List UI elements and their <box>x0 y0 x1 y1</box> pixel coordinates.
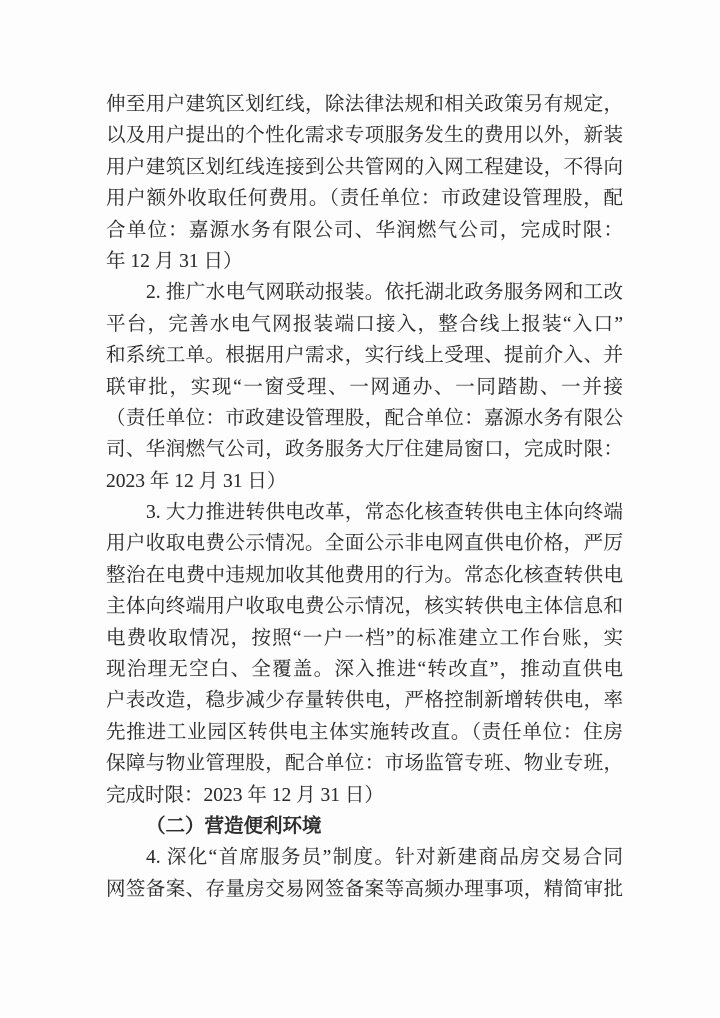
document-line: 联审批，实现“一窗受理、一网通办、一同踏勘、一并接入”。 <box>106 372 623 403</box>
document-page: 伸至用户建筑区划红线，除法律法规和相关政策另有规定，以及用户提出的个性化需求专项… <box>0 0 720 1018</box>
section-heading-line: （二）营造便利环境 <box>106 811 623 842</box>
document-line: 电费收取情况，按照“一户一档”的标准建立工作台账，实 <box>106 623 623 654</box>
document-line: 年 12 月 31 日） <box>106 246 623 277</box>
document-line: 用户额外收取任何费用。（责任单位：市政建设管理股，配 <box>106 183 623 214</box>
document-line: 现治理无空白、全覆盖。深入推进“转改直”，推动直供电 <box>106 654 623 685</box>
document-line: 以及用户提出的个性化需求专项服务发生的费用以外，新装 <box>106 120 623 151</box>
document-line: 先推进工业园区转供电主体实施转改直。（责任单位：住房 <box>106 717 623 748</box>
document-line: （责任单位：市政建设管理股，配合单位：嘉源水务有限公 <box>106 403 623 434</box>
text-block: 伸至用户建筑区划红线，除法律法规和相关政策另有规定，以及用户提出的个性化需求专项… <box>106 89 623 905</box>
document-line: 2. 推广水电气网联动报装。依托湖北政务服务网和工改 <box>106 277 623 308</box>
document-line: 网签备案、存量房交易网签备案等高频办理事项，精简审批 <box>106 874 623 905</box>
document-line: 4. 深化“首席服务员”制度。针对新建商品房交易合同 <box>106 842 623 873</box>
document-line: 3. 大力推进转供电改革，常态化核查转供电主体向终端 <box>106 497 623 528</box>
document-line: 保障与物业管理股，配合单位：市场监管专班、物业专班， <box>106 748 623 779</box>
document-line: 平台，完善水电气网报装端口接入，整合线上报装“入口” <box>106 309 623 340</box>
document-line: 用户建筑区划红线连接到公共管网的入网工程建设，不得向 <box>106 152 623 183</box>
document-line: 整治在电费中违规加收其他费用的行为。常态化核查转供电 <box>106 560 623 591</box>
document-line: 用户收取电费公示情况。全面公示非电网直供电价格，严厉 <box>106 528 623 559</box>
document-line: 2023 年 12 月 31 日） <box>106 466 623 497</box>
document-line: 主体向终端用户收取电费公示情况，核实转供电主体信息和 <box>106 591 623 622</box>
document-line: 户表改造，稳步减少存量转供电，严格控制新增转供电，率 <box>106 685 623 716</box>
document-line: 伸至用户建筑区划红线，除法律法规和相关政策另有规定， <box>106 89 623 120</box>
document-line: 合单位：嘉源水务有限公司、华润燃气公司，完成时限：2023 <box>106 215 623 246</box>
document-line: 完成时限：2023 年 12 月 31 日） <box>106 780 623 811</box>
document-line: 司、华润燃气公司，政务服务大厅住建局窗口，完成时限： <box>106 434 623 465</box>
document-line: 和系统工单。根据用户需求，实行线上受理、提前介入、并 <box>106 340 623 371</box>
